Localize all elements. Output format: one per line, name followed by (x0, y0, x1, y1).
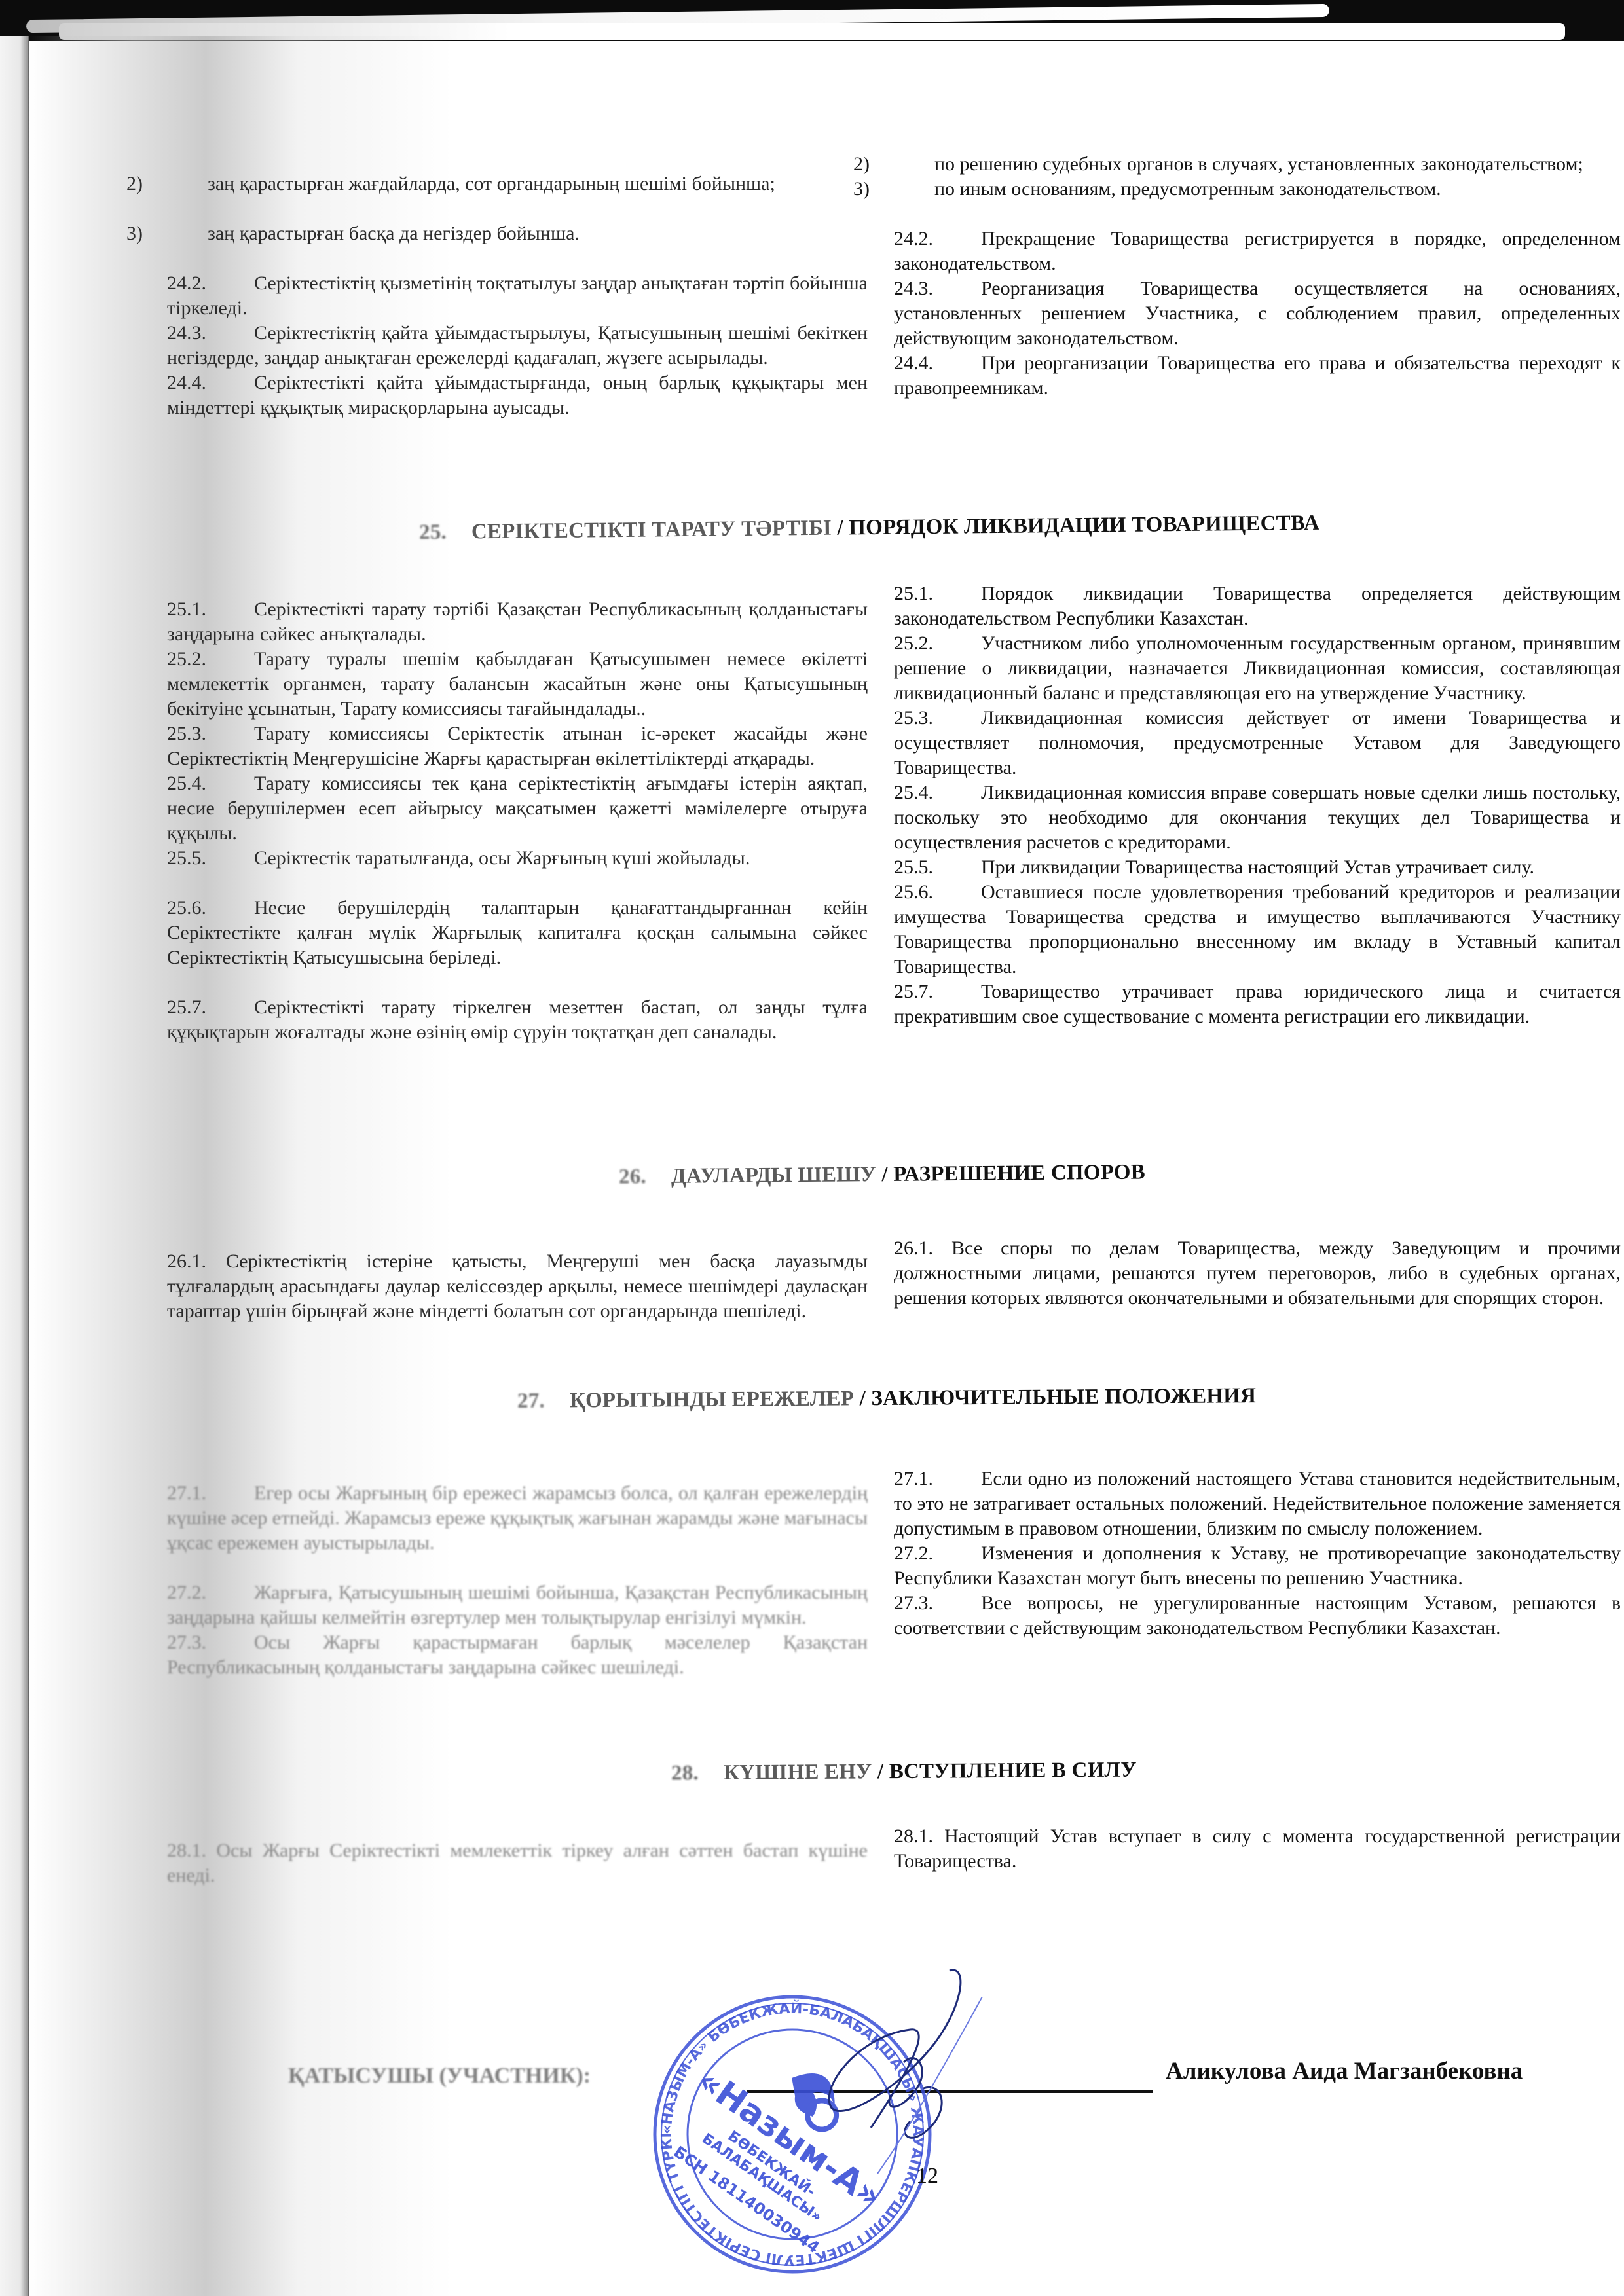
clause-paragraph: 27.1.Егер осы Жарғының бір ережесі жарам… (167, 1481, 868, 1556)
heading-ru: / РАЗРЕШЕНИЕ СПОРОВ (881, 1160, 1145, 1186)
clause-number: 24.4. (894, 351, 981, 376)
clause-number: 24.3. (167, 321, 254, 346)
clause-paragraph: 24.4.Серіктестікті қайта ұйымдастырғанда… (167, 371, 868, 420)
heading-ru: / ПОРЯДОК ЛИКВИДАЦИИ ТОВАРИЩЕСТВА (837, 511, 1319, 540)
clause-text: по иным основаниям, предусмотренным зако… (934, 178, 1441, 200)
clause-text: При реорганизации Товарищества его права… (894, 352, 1621, 399)
clause-number: 25.5. (167, 846, 254, 871)
clause-text: Несие берушілердің талаптарын қанағаттан… (167, 897, 868, 968)
paragraph: 26.1. Все споры по делам Товарищества, м… (894, 1236, 1621, 1311)
section-number: 27. (517, 1389, 545, 1413)
clause-paragraph: 25.2.Тарату туралы шешім қабылдаған Қаты… (167, 647, 868, 721)
clause-text: Реорганизация Товарищества осуществляетс… (894, 278, 1621, 349)
clause-number: 25.3. (894, 706, 981, 731)
clause-text: Осы Жарғы қарастырмаған барлық мәселелер… (167, 1631, 868, 1678)
clause-text: Серіктестікті тарату тәртібі Қазақстан Р… (167, 598, 868, 645)
heading-kz: КҮШІНЕ ЕНУ (724, 1760, 872, 1785)
clause-text: Серіктестікті қайта ұйымдастырғанда, оны… (167, 372, 868, 418)
paragraph: 28.1. Осы Жарғы Серіктестікті мемлекетті… (167, 1838, 868, 1888)
clause-number: 25.6. (894, 880, 981, 905)
scan-border-left (0, 36, 29, 2296)
clause-number: 25.2. (894, 631, 981, 656)
heading-kz: ҚОРЫТЫНДЫ ЕРЕЖЕЛЕР (570, 1387, 855, 1412)
page-number: 12 (916, 2164, 938, 2189)
clause-text: Изменения и дополнения к Уставу, не прот… (894, 1542, 1621, 1589)
heading-ru: / ЗАКЛЮЧИТЕЛЬНЫЕ ПОЛОЖЕНИЯ (860, 1384, 1257, 1410)
section-28-heading: 28.КҮШІНЕ ЕНУ / ВСТУПЛЕНИЕ В СИЛУ (671, 1758, 1137, 1786)
section-number: 25. (419, 520, 447, 544)
clause-number: 25.5. (894, 855, 981, 880)
section-number: 26. (619, 1165, 646, 1188)
clause-paragraph: 25.4.Ликвидационная комиссия вправе сове… (894, 780, 1621, 855)
clause-paragraph: 25.3.Ликвидационная комиссия действует о… (894, 706, 1621, 780)
clause-text: Ликвидационная комиссия вправе совершать… (894, 782, 1621, 853)
clause-number: 25.3. (167, 721, 254, 746)
section-25-heading: 25.СЕРІКТЕСТІКТІ ТАРАТУ ТӘРТІБІ / ПОРЯДО… (419, 511, 1319, 545)
list-item: 2)по решению судебных органов в случаях,… (894, 152, 1621, 177)
clause-text: Тарату комиссиясы Серіктестік атынан іс-… (167, 723, 868, 769)
clause-text: Серіктестіктің қайта ұйымдастырылуы, Қат… (167, 322, 868, 369)
clause-number: 24.2. (167, 271, 254, 296)
clause-number: 3) (167, 221, 208, 246)
clause-paragraph: 25.7.Серіктестікті тарату тіркелген мезе… (167, 995, 868, 1045)
clause-paragraph: 24.4.При реорганизации Товарищества его … (894, 351, 1621, 401)
clause-number: 27.1. (894, 1467, 981, 1491)
clause-number: 25.7. (894, 979, 981, 1004)
clause-number: 25.4. (894, 780, 981, 805)
clause-paragraph: 27.2.Жарғыға, Қатысушының шешімі бойынша… (167, 1580, 868, 1630)
clause-paragraph: 25.7.Товарищество утрачивает права юриди… (894, 979, 1621, 1029)
clause-text: Участником либо уполномоченным государст… (894, 632, 1621, 704)
clause-number: 24.4. (167, 371, 254, 395)
heading-ru: / ВСТУПЛЕНИЕ В СИЛУ (872, 1758, 1136, 1784)
clause-text: Серіктестікті тарату тіркелген мезеттен … (167, 996, 868, 1043)
clause-paragraph: 27.1.Если одно из положений настоящего У… (894, 1467, 1621, 1541)
clause-text: При ликвидации Товарищества настоящий Ус… (981, 856, 1534, 878)
clause-number: 25.4. (167, 771, 254, 796)
clause-paragraph: 25.5.При ликвидации Товарищества настоящ… (894, 855, 1621, 880)
clause-number: 3) (894, 177, 934, 202)
clause-number: 25.1. (167, 597, 254, 622)
clause-text: Прекращение Товарищества регистрируется … (894, 228, 1621, 274)
clause-text: Тарату комиссиясы тек қана серіктестікті… (167, 773, 868, 844)
clause-text: Оставшиеся после удовлетворения требован… (894, 881, 1621, 977)
clause-number: 25.2. (167, 647, 254, 672)
clause-number: 27.3. (894, 1591, 981, 1616)
clause-paragraph: 25.1.Порядок ликвидации Товарищества опр… (894, 581, 1621, 631)
clause-text: по решению судебных органов в случаях, у… (934, 153, 1583, 175)
clause-paragraph: 25.6.Оставшиеся после удовлетворения тре… (894, 880, 1621, 979)
clause-paragraph: 24.3.Реорганизация Товарищества осуществ… (894, 276, 1621, 351)
participant-label: ҚАТЫСУШЫ (УЧАСТНИК): (288, 2064, 591, 2088)
clause-paragraph: 25.1.Серіктестікті тарату тәртібі Қазақс… (167, 597, 868, 647)
clause-text: заң қарастырған жағдайларда, сот органда… (208, 173, 775, 194)
paragraph: 26.1. Серіктестіктің істеріне қатысты, М… (167, 1249, 868, 1324)
section25-kz-column: 25.1.Серіктестікті тарату тәртібі Қазақс… (167, 597, 868, 1045)
section26-ru-text: 26.1. Все споры по делам Товарищества, м… (894, 1236, 1621, 1311)
clause-number: 24.2. (894, 227, 981, 251)
clause-text: Серіктестік таратылғанда, осы Жарғының к… (254, 847, 750, 869)
heading-kz: СЕРІКТЕСТІКТІ ТАРАТУ ТӘРТІБІ (471, 517, 832, 544)
clause-text: Егер осы Жарғының бір ережесі жарамсыз б… (167, 1482, 868, 1554)
clause-paragraph: 27.2.Изменения и дополнения к Уставу, не… (894, 1541, 1621, 1591)
clause-text: Тарату туралы шешім қабылдаған Қатысушым… (167, 648, 868, 720)
clause-text: Ликвидационная комиссия действует от име… (894, 707, 1621, 778)
clause-number: 25.7. (167, 995, 254, 1020)
clause-text: Жарғыға, Қатысушының шешімі бойынша, Қаз… (167, 1582, 868, 1628)
clause-text: заң қарастырған басқа да негіздер бойынш… (208, 223, 580, 244)
clause-text: Все вопросы, не урегулированные настоящи… (894, 1592, 1621, 1639)
section27-kz-column: 27.1.Егер осы Жарғының бір ережесі жарам… (167, 1481, 868, 1680)
clause-paragraph: 25.4.Тарату комиссиясы тек қана серіктес… (167, 771, 868, 846)
clause-paragraph: 25.5.Серіктестік таратылғанда, осы Жарғы… (167, 846, 868, 871)
clause-text: Порядок ликвидации Товарищества определя… (894, 583, 1621, 629)
section26-kz-text: 26.1. Серіктестіктің істеріне қатысты, М… (167, 1249, 868, 1324)
handwritten-signature-icon (753, 1958, 989, 2206)
paragraph: 28.1. Настоящий Устав вступает в силу с … (894, 1824, 1621, 1874)
clause-paragraph: 25.2.Участником либо уполномоченным госу… (894, 631, 1621, 706)
section25-ru-column: 25.1.Порядок ликвидации Товарищества опр… (894, 581, 1621, 1029)
clause-text: Серіктестіктің қызметінің тоқтатылуы заң… (167, 272, 868, 319)
list-item: 2)заң қарастырған жағдайларда, сот орган… (167, 172, 868, 196)
section28-kz-text: 28.1. Осы Жарғы Серіктестікті мемлекетті… (167, 1838, 868, 1888)
clause-number: 2) (167, 172, 208, 196)
section-number: 28. (671, 1761, 699, 1785)
clause-paragraph: 25.3.Тарату комиссиясы Серіктестік атына… (167, 721, 868, 771)
clause-number: 25.1. (894, 581, 981, 606)
clause-text: Товарищество утрачивает права юридическо… (894, 981, 1621, 1027)
clause-paragraph: 25.6.Несие берушілердің талаптарын қанағ… (167, 896, 868, 970)
clause-paragraph: 24.2.Серіктестіктің қызметінің тоқтатылу… (167, 271, 868, 321)
section28-ru-text: 28.1. Настоящий Устав вступает в силу с … (894, 1824, 1621, 1874)
section-27-heading: 27.ҚОРЫТЫНДЫ ЕРЕЖЕЛЕР / ЗАКЛЮЧИТЕЛЬНЫЕ П… (517, 1384, 1256, 1413)
clause-number: 2) (894, 152, 934, 177)
heading-kz: ДАУЛАРДЫ ШЕШУ (671, 1163, 877, 1188)
clause-number: 27.3. (167, 1630, 254, 1655)
clause-text: Если одно из положений настоящего Устава… (894, 1468, 1621, 1539)
clause-number: 27.1. (167, 1481, 254, 1506)
clause-paragraph: 24.2.Прекращение Товарищества регистриру… (894, 227, 1621, 276)
clause-number: 27.2. (894, 1541, 981, 1566)
clause-number: 24.3. (894, 276, 981, 301)
clause-paragraph: 27.3.Все вопросы, не урегулированные нас… (894, 1591, 1621, 1641)
list-item: 3)заң қарастырған басқа да негіздер бойы… (167, 221, 868, 246)
scan-border-top (0, 0, 1624, 41)
participant-name: Аликулова Аида Магзанбековна (1166, 2057, 1522, 2085)
list-item: 3)по иным основаниям, предусмотренным за… (894, 177, 1621, 202)
clause-number: 27.2. (167, 1580, 254, 1605)
section24-kz-column: 2)заң қарастырған жағдайларда, сот орган… (167, 172, 868, 420)
clause-number: 25.6. (167, 896, 254, 920)
clause-paragraph: 24.3.Серіктестіктің қайта ұйымдастырылуы… (167, 321, 868, 371)
section27-ru-column: 27.1.Если одно из положений настоящего У… (894, 1467, 1621, 1641)
section24-ru-column: 2)по решению судебных органов в случаях,… (894, 152, 1621, 401)
scan-paper-edge (59, 23, 1565, 40)
clause-paragraph: 27.3.Осы Жарғы қарастырмаған барлық мәсе… (167, 1630, 868, 1680)
section-26-heading: 26.ДАУЛАРДЫ ШЕШУ / РАЗРЕШЕНИЕ СПОРОВ (619, 1160, 1145, 1189)
